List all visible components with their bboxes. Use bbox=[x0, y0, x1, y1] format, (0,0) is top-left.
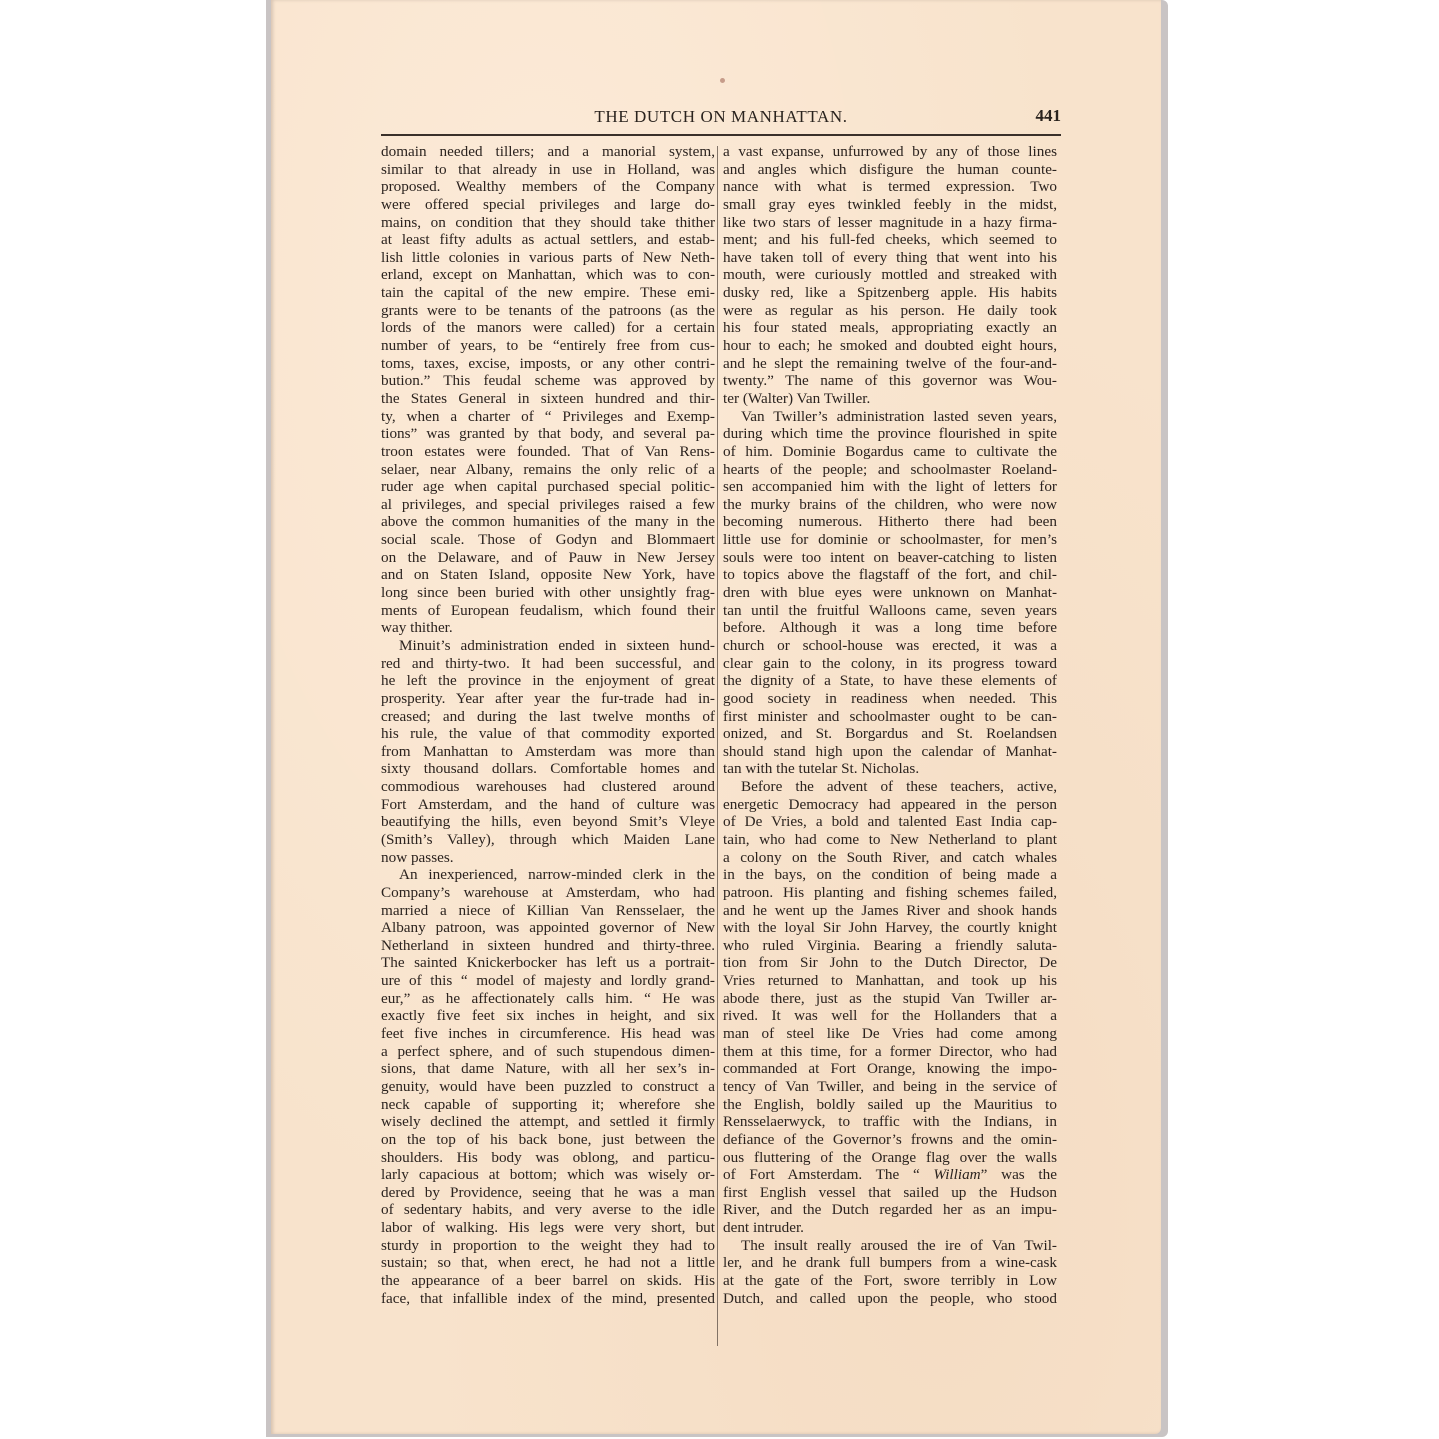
page-number: 441 bbox=[1036, 106, 1062, 126]
text-line: of Fort Amsterdam. The “ William” was th… bbox=[723, 1166, 1057, 1184]
text-line: troon estates were founded. That of Van … bbox=[381, 443, 715, 461]
text-line: his four stated meals, appropriating exa… bbox=[723, 319, 1057, 337]
text-line: selaer, near Albany, remains the only re… bbox=[381, 461, 715, 479]
text-line: sen accompanied him with the light of le… bbox=[723, 478, 1057, 496]
text-line: like two stars of lesser magnitude in a … bbox=[723, 214, 1057, 232]
text-line: lords of the manors were called) for a c… bbox=[381, 319, 715, 337]
text-line: a vast expanse, unfurrowed by any of tho… bbox=[723, 143, 1057, 161]
text-line: should stand high upon the calendar of M… bbox=[723, 743, 1057, 761]
text-line: abode there, just as the stupid Van Twil… bbox=[723, 990, 1057, 1008]
text-line: Vries returned to Manhattan, and took up… bbox=[723, 972, 1057, 990]
text-line: onized, and St. Borgardus and St. Roelan… bbox=[723, 725, 1057, 743]
text-line: River, and the Dutch regarded her as an … bbox=[723, 1201, 1057, 1219]
text-line: who ruled Virginia. Bearing a friendly s… bbox=[723, 937, 1057, 955]
text-line: Albany patroon, was appointed governor o… bbox=[381, 919, 715, 937]
text-line: twenty.” The name of this governor was W… bbox=[723, 372, 1057, 390]
text-line: married a niece of Killian Van Rensselae… bbox=[381, 902, 715, 920]
text-line: tency of Van Twiller, and being in the s… bbox=[723, 1078, 1057, 1096]
text-line: and on Staten Island, opposite New York,… bbox=[381, 566, 715, 584]
running-title: THE DUTCH ON MANHATTAN. bbox=[381, 107, 1061, 127]
text-line: erland, except on Manhattan, which was t… bbox=[381, 266, 715, 284]
text-line: of sedentary habits, and very averse to … bbox=[381, 1201, 715, 1219]
text-line: at the gate of the Fort, swore terribly … bbox=[723, 1272, 1057, 1290]
text-line: have taken toll of every thing that went… bbox=[723, 249, 1057, 267]
text-line: domain needed tillers; and a manorial sy… bbox=[381, 143, 715, 161]
text-line: labor of walking. His legs were very sho… bbox=[381, 1219, 715, 1237]
text-line: number of years, to be “entirely free fr… bbox=[381, 337, 715, 355]
text-line: them at this time, for a former Director… bbox=[723, 1043, 1057, 1061]
text-line: and he slept the remaining twelve of the… bbox=[723, 355, 1057, 373]
text-line: in the bays, on the condition of being m… bbox=[723, 866, 1057, 884]
text-line: energetic Democracy had appeared in the … bbox=[723, 796, 1057, 814]
text-line: mains, on condition that they should tak… bbox=[381, 214, 715, 232]
text-line: his rule, the value of that commodity ex… bbox=[381, 725, 715, 743]
text-line: ler, and he drank full bumpers from a wi… bbox=[723, 1254, 1057, 1272]
text-line: rived. It was well for the Hollanders th… bbox=[723, 1007, 1057, 1025]
text-line: tan with the tutelar St. Nicholas. bbox=[723, 760, 1057, 778]
text-line: tain, who had come to New Netherland to … bbox=[723, 831, 1057, 849]
right-column: a vast expanse, unfurrowed by any of tho… bbox=[723, 143, 1057, 1307]
text-line: Before the advent of these teachers, act… bbox=[723, 778, 1057, 796]
text-line: ruder age when capital purchased special… bbox=[381, 478, 715, 496]
text-line: at least fifty adults as actual settlers… bbox=[381, 231, 715, 249]
text-line: the English, boldly sailed up the Maurit… bbox=[723, 1096, 1057, 1114]
text-line: dent intruder. bbox=[723, 1219, 1057, 1237]
text-line: Van Twiller’s administration lasted seve… bbox=[723, 408, 1057, 426]
text-line: genuity, would have been puzzled to cons… bbox=[381, 1078, 715, 1096]
text-line: hearts of the people; and schoolmaster R… bbox=[723, 461, 1057, 479]
text-line: on the top of his back bone, just betwee… bbox=[381, 1131, 715, 1149]
text-line: nance with what is termed expression. Tw… bbox=[723, 178, 1057, 196]
text-line: social scale. Those of Godyn and Blommae… bbox=[381, 531, 715, 549]
text-line: ter (Walter) Van Twiller. bbox=[723, 390, 1057, 408]
text-line: neck capable of supporting it; wherefore… bbox=[381, 1096, 715, 1114]
text-line: small gray eyes twinkled feebly in the m… bbox=[723, 196, 1057, 214]
text-line: ty, when a charter of “ Privileges and E… bbox=[381, 408, 715, 426]
column-divider bbox=[717, 146, 718, 1346]
text-line: and angles which disfigure the human cou… bbox=[723, 161, 1057, 179]
text-line: similar to that already in use in Hollan… bbox=[381, 161, 715, 179]
text-line: tain the capital of the new empire. Thes… bbox=[381, 284, 715, 302]
text-line: first minister and schoolmaster ought to… bbox=[723, 708, 1057, 726]
text-line: mouth, were curiously mottled and streak… bbox=[723, 266, 1057, 284]
text-line: tions” was granted by that body, and sev… bbox=[381, 425, 715, 443]
text-line: during which time the province flourishe… bbox=[723, 425, 1057, 443]
text-line: sions, that dame Nature, with all her se… bbox=[381, 1060, 715, 1078]
book-page: THE DUTCH ON MANHATTAN. 441 domain neede… bbox=[271, 0, 1161, 1434]
text-line: becoming numerous. Hitherto there had be… bbox=[723, 513, 1057, 531]
text-line: (Smith’s Valley), through which Maiden L… bbox=[381, 831, 715, 849]
text-line: way thither. bbox=[381, 619, 715, 637]
text-line: a perfect sphere, and of such stupendous… bbox=[381, 1043, 715, 1061]
text-line: church or school-house was erected, it w… bbox=[723, 637, 1057, 655]
text-line: sustain; so that, when erect, he had not… bbox=[381, 1254, 715, 1272]
text-line: ous fluttering of the Orange flag over t… bbox=[723, 1149, 1057, 1167]
text-line: and he went up the James River and shook… bbox=[723, 902, 1057, 920]
text-line: tan until the fruitful Walloons came, se… bbox=[723, 602, 1057, 620]
text-line: feet five inches in circumference. His h… bbox=[381, 1025, 715, 1043]
text-line: little use for dominie or schoolmaster, … bbox=[723, 531, 1057, 549]
text-line: toms, taxes, excise, imposts, or any oth… bbox=[381, 355, 715, 373]
text-line: larly capacious at bottom; which was wis… bbox=[381, 1166, 715, 1184]
text-line: shoulders. His body was oblong, and part… bbox=[381, 1149, 715, 1167]
text-line: dered by Providence, seeing that he was … bbox=[381, 1184, 715, 1202]
text-line: the murky brains of the children, who we… bbox=[723, 496, 1057, 514]
running-header: THE DUTCH ON MANHATTAN. 441 bbox=[381, 103, 1061, 133]
text-line: ment; and his full-fed cheeks, which see… bbox=[723, 231, 1057, 249]
text-line: creased; and during the last twelve mont… bbox=[381, 708, 715, 726]
text-line: of him. Dominie Bogardus came to cultiva… bbox=[723, 443, 1057, 461]
text-line: with the loyal Sir John Harvey, the cour… bbox=[723, 919, 1057, 937]
text-line: long since been buried with other unsigh… bbox=[381, 584, 715, 602]
text-line: The insult really aroused the ire of Van… bbox=[723, 1237, 1057, 1255]
text-line: defiance of the Governor’s frowns and th… bbox=[723, 1131, 1057, 1149]
text-line: sixty thousand dollars. Comfortable home… bbox=[381, 760, 715, 778]
paper-stain bbox=[720, 78, 725, 83]
header-rule bbox=[381, 134, 1061, 136]
text-line: prosperity. Year after year the fur-trad… bbox=[381, 690, 715, 708]
text-line: red and thirty-two. It had been successf… bbox=[381, 655, 715, 673]
text-line: Company’s warehouse at Amsterdam, who ha… bbox=[381, 884, 715, 902]
text-line: now passes. bbox=[381, 849, 715, 867]
text-line: face, that infallible index of the mind,… bbox=[381, 1290, 715, 1308]
text-line: Rensselaerwyck, to traffic with the Indi… bbox=[723, 1113, 1057, 1131]
text-line: man of steel like De Vries had come amon… bbox=[723, 1025, 1057, 1043]
text-line: An inexperienced, narrow-minded clerk in… bbox=[381, 866, 715, 884]
text-line: bution.” This feudal scheme was approved… bbox=[381, 372, 715, 390]
text-line: the dignity of a State, to have these el… bbox=[723, 672, 1057, 690]
text-line: proposed. Wealthy members of the Company bbox=[381, 178, 715, 196]
text-line: before. Although it was a long time befo… bbox=[723, 619, 1057, 637]
text-line: clear gain to the colony, in its progres… bbox=[723, 655, 1057, 673]
text-line: commodious warehouses had clustered arou… bbox=[381, 778, 715, 796]
text-line: al privileges, and special privileges ra… bbox=[381, 496, 715, 514]
text-line: Minuit’s administration ended in sixteen… bbox=[381, 637, 715, 655]
text-line: good society in readiness when needed. T… bbox=[723, 690, 1057, 708]
text-line: from Manhattan to Amsterdam was more tha… bbox=[381, 743, 715, 761]
text-line: ure of this “ model of majesty and lordl… bbox=[381, 972, 715, 990]
text-line: the States General in sixteen hundred an… bbox=[381, 390, 715, 408]
text-line: were offered special privileges and larg… bbox=[381, 196, 715, 214]
text-line: Netherland in sixteen hundred and thirty… bbox=[381, 937, 715, 955]
text-line: The sainted Knickerbocker has left us a … bbox=[381, 954, 715, 972]
text-line: eur,” as he affectionately calls him. “ … bbox=[381, 990, 715, 1008]
text-line: first English vessel that sailed up the … bbox=[723, 1184, 1057, 1202]
text-line: of De Vries, a bold and talented East In… bbox=[723, 813, 1057, 831]
text-line: to topics above the flagstaff of the for… bbox=[723, 566, 1057, 584]
text-line: exactly five feet six inches in height, … bbox=[381, 1007, 715, 1025]
text-line: patroon. His planting and fishing scheme… bbox=[723, 884, 1057, 902]
text-line: wisely declined the attempt, and settled… bbox=[381, 1113, 715, 1131]
text-line: on the Delaware, and of Pauw in New Jers… bbox=[381, 549, 715, 567]
text-line: were as regular as his person. He daily … bbox=[723, 302, 1057, 320]
text-line: lish little colonies in various parts of… bbox=[381, 249, 715, 267]
text-line: he left the province in the enjoyment of… bbox=[381, 672, 715, 690]
text-line: dusky red, like a Spitzenberg apple. His… bbox=[723, 284, 1057, 302]
text-line: grants were to be tenants of the patroon… bbox=[381, 302, 715, 320]
left-column: domain needed tillers; and a manorial sy… bbox=[381, 143, 715, 1307]
text-line: tion from Sir John to the Dutch Director… bbox=[723, 954, 1057, 972]
text-line: Dutch, and called upon the people, who s… bbox=[723, 1290, 1057, 1308]
text-line: Fort Amsterdam, and the hand of culture … bbox=[381, 796, 715, 814]
text-line: the appearance of a beer barrel on skids… bbox=[381, 1272, 715, 1290]
text-line: sturdy in proportion to the weight they … bbox=[381, 1237, 715, 1255]
italic-ship-name: William bbox=[933, 1166, 980, 1183]
text-line: a colony on the South River, and catch w… bbox=[723, 849, 1057, 867]
text-line: dren with blue eyes were unknown on Manh… bbox=[723, 584, 1057, 602]
text-line: beautifying the hills, even beyond Smit’… bbox=[381, 813, 715, 831]
text-line: above the common humanities of the many … bbox=[381, 513, 715, 531]
text-line: hour to each; he smoked and doubted eigh… bbox=[723, 337, 1057, 355]
text-line: souls were too intent on beaver-catching… bbox=[723, 549, 1057, 567]
text-line: ments of European feudalism, which found… bbox=[381, 602, 715, 620]
text-line: commanded at Fort Orange, knowing the im… bbox=[723, 1060, 1057, 1078]
